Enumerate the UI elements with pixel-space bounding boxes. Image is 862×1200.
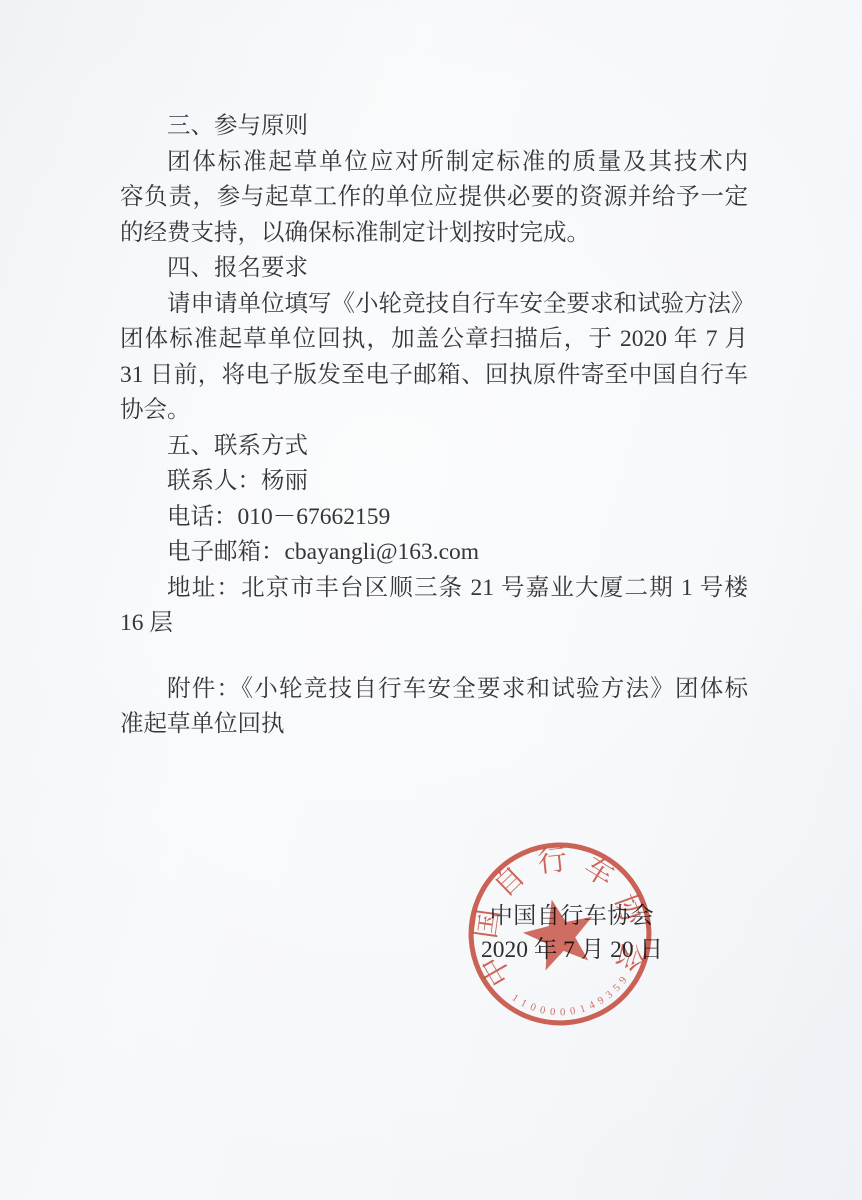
seal-serial-digit: 0 (569, 1006, 576, 1018)
seal-serial-digit: 1 (519, 998, 529, 1010)
paragraph-line: 协会。 (120, 393, 748, 429)
seal-serial-digit: 0 (528, 1002, 537, 1014)
paragraph-line: 的经费支持，以确保标准制定计划按时完成。 (120, 216, 748, 252)
address-line: 16 层 (120, 606, 748, 642)
contact-person-line: 联系人：杨丽 (120, 464, 748, 500)
scanned-page: 三、参与原则 团体标准起草单位应对所制定标准的质量及其技术内 容负责，参与起草工… (0, 0, 862, 1200)
address-line: 地址：北京市丰台区顺三条 21 号嘉业大厦二期 1 号楼 (120, 571, 748, 607)
seal-serial-digit: 1 (509, 993, 520, 1005)
seal-serial-digit: 5 (611, 983, 623, 994)
seal-serial-digit: 1 (579, 1003, 587, 1015)
phone-line: 电话：010－67662159 (120, 500, 748, 536)
seal-serial-digit: 0 (560, 1007, 566, 1018)
section-5-heading: 五、联系方式 (120, 429, 748, 465)
signature-date: 2020 年 7 月 20 日 (452, 933, 692, 968)
signature-block: 中国自行车协会 2020 年 7 月 20 日 (452, 898, 692, 968)
paragraph-line: 31 日前，将电子版发至电子邮箱、回执原件寄至中国自行车 (120, 358, 748, 394)
paragraph-line: 团体标准起草单位应对所制定标准的质量及其技术内 (120, 145, 748, 181)
seal-serial-digit: 0 (539, 1005, 547, 1017)
email-line: 电子邮箱：cbayangli@163.com (120, 535, 748, 571)
seal-ring-text: 行 (536, 844, 568, 879)
paragraph-line: 请申请单位填写《小轮竞技自行车安全要求和试验方法》 (120, 287, 748, 323)
seal-ring-text: 自 (487, 859, 531, 903)
seal-ring-text: 车 (578, 850, 620, 894)
attachment-line: 准起草单位回执 (120, 707, 748, 743)
seal-serial-digit: 9 (618, 975, 630, 986)
paragraph-line: 容负责，参与起草工作的单位应提供必要的资源并给予一定 (120, 180, 748, 216)
paragraph-line: 团体标准起草单位回执，加盖公章扫描后，于 2020 年 7 月 (120, 322, 748, 358)
document-text: 三、参与原则 团体标准起草单位应对所制定标准的质量及其技术内 容负责，参与起草工… (120, 109, 748, 743)
seal-serial-digit: 3 (604, 989, 615, 1001)
blank-line (120, 642, 748, 672)
seal-serial-digit: 4 (588, 999, 598, 1011)
attachment-line: 附件：《小轮竞技自行车安全要求和试验方法》团体标 (120, 672, 748, 708)
organization-name: 中国自行车协会 (452, 898, 692, 933)
seal-serial-digit: 0 (549, 1007, 555, 1018)
seal-serial-digit: 9 (596, 995, 606, 1007)
section-4-heading: 四、报名要求 (120, 251, 748, 287)
section-3-heading: 三、参与原则 (120, 109, 748, 145)
